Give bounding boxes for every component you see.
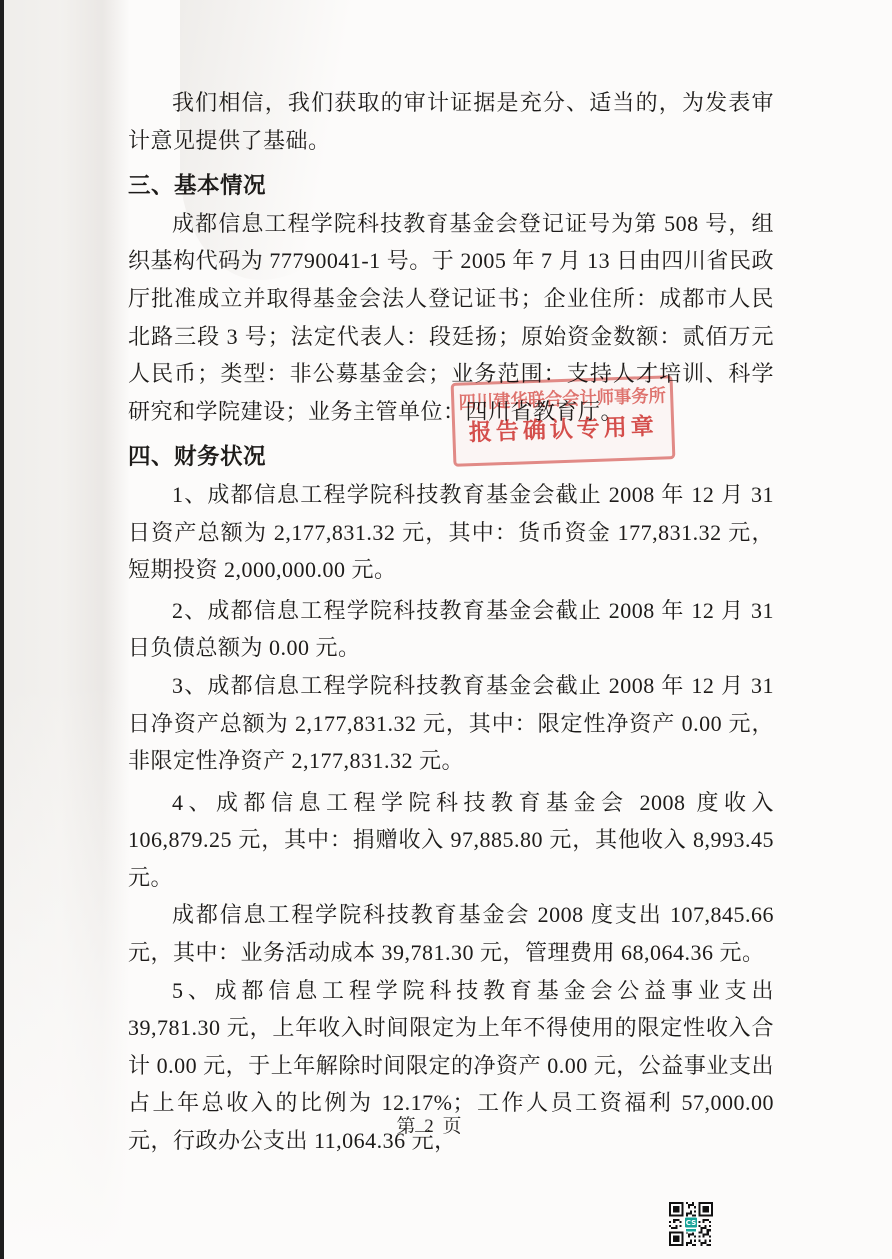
intro-paragraph: 我们相信，我们获取的审计证据是充分、适当的，为发表审计意见提供了基础。 <box>128 84 774 159</box>
finance-item-2: 2、成都信息工程学院科技教育基金会截止 2008 年 12 月 31 日负债总额… <box>128 592 774 667</box>
stamp-firm-name: 四川建华联合会计师事务所 <box>458 383 666 414</box>
finance-item-4: 4、成都信息工程学院科技教育基金会 2008 度收入 106,879.25 元，… <box>128 784 774 897</box>
page-number: 第 2 页 <box>128 1111 732 1138</box>
document-body: 我们相信，我们获取的审计证据是充分、适当的，为发表审计意见提供了基础。 三、基本… <box>128 84 774 1160</box>
finance-item-3: 3、成都信息工程学院科技教育基金会截止 2008 年 12 月 31 日净资产总… <box>128 667 774 780</box>
scan-crease-fade <box>4 680 144 1259</box>
red-confirmation-stamp: 四川建华联合会计师事务所 报告确认专用章 <box>451 375 676 467</box>
section4-heading: 四、财务状况 <box>128 438 774 476</box>
stamp-seal-title: 报告确认专用章 <box>455 413 672 447</box>
qr-code: CS <box>668 1202 714 1246</box>
finance-item-4b: 成都信息工程学院科技教育基金会 2008 度支出 107,845.66 元，其中… <box>128 896 774 971</box>
scanned-audit-report-page: 我们相信，我们获取的审计证据是充分、适当的，为发表审计意见提供了基础。 三、基本… <box>0 0 892 1259</box>
svg-text:CS: CS <box>686 1218 696 1227</box>
section3-heading: 三、基本情况 <box>128 167 774 205</box>
finance-item-1: 1、成都信息工程学院科技教育基金会截止 2008 年 12 月 31 日资产总额… <box>128 476 774 589</box>
